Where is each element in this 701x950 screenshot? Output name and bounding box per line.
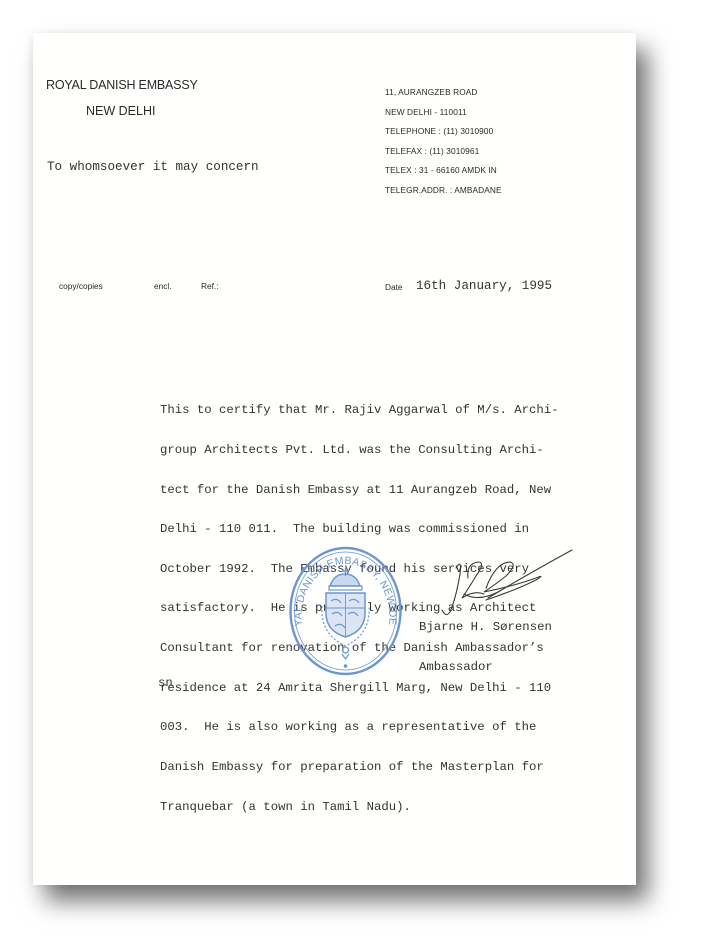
encl-label: encl. (154, 281, 172, 291)
body-line: Tranquebar (a town in Tamil Nadu). (160, 801, 620, 814)
address-line: TELEFAX : (11) 3010961 (385, 142, 502, 162)
body-line: This to certify that Mr. Rajiv Aggarwal … (160, 404, 620, 417)
salutation: To whomsoever it may concern (47, 160, 259, 174)
signatory-name: Bjarne H. Sørensen (419, 621, 552, 634)
embassy-seal-stamp: ROYAL DANISH EMBASSY, NEW DELHI (288, 546, 403, 676)
ref-label: Ref.: (201, 281, 219, 291)
body-line: tect for the Danish Embassy at 11 Aurang… (160, 484, 620, 497)
address-line: TELEX : 31 - 66160 AMDK IN (385, 161, 502, 181)
letterhead-city: NEW DELHI (86, 104, 155, 118)
address-line: TELEPHONE : (11) 3010900 (385, 122, 502, 142)
letterhead-address: 11, AURANGZEB ROAD NEW DELHI - 110011 TE… (385, 83, 502, 201)
address-line: 11, AURANGZEB ROAD (385, 83, 502, 103)
address-line: TELEGR.ADDR. : AMBADANE (385, 181, 502, 201)
body-line: Danish Embassy for preparation of the Ma… (160, 761, 620, 774)
address-line: NEW DELHI - 110011 (385, 103, 502, 123)
typist-initials: sn (158, 676, 173, 690)
date-value: 16th January, 1995 (416, 279, 552, 293)
letter-page: ROYAL DANISH EMBASSY NEW DELHI 11, AURAN… (33, 33, 636, 885)
date-label: Date (385, 282, 403, 292)
body-line: Delhi - 110 011. The building was commis… (160, 523, 620, 536)
signatory-title: Ambassador (419, 661, 552, 674)
body-line: group Architects Pvt. Ltd. was the Consu… (160, 444, 620, 457)
signatory-block: Bjarne H. Sørensen Ambassador (419, 595, 552, 701)
body-line: 003. He is also working as a representat… (160, 721, 620, 734)
letterhead-organization: ROYAL DANISH EMBASSY (46, 78, 198, 92)
copy-label: copy/copies (59, 281, 103, 291)
